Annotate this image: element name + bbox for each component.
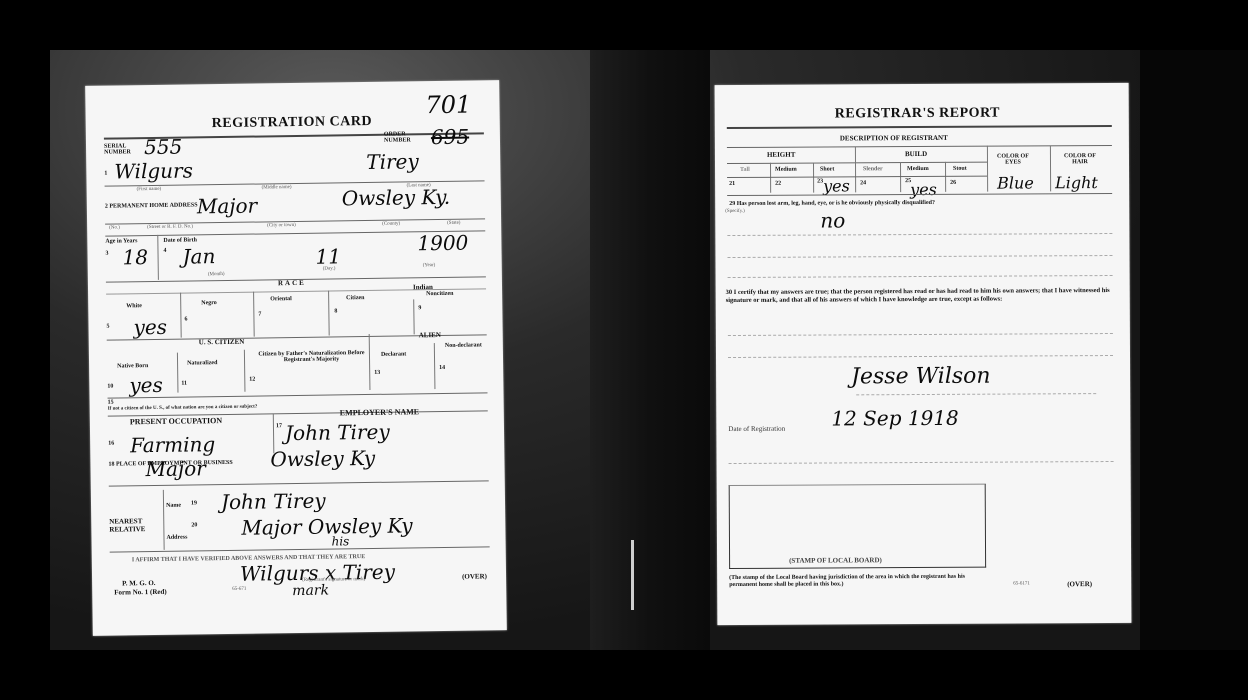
last-name-value: Tirey: [366, 149, 419, 174]
field-number: 6: [184, 317, 187, 323]
relative-name-label: Name: [166, 503, 181, 509]
first-name-value: Wilgurs: [114, 158, 193, 183]
addr-street-caption: (Street or R. F. D. No.): [147, 224, 193, 230]
registration-card: REGISTRATION CARD 701 SERIAL NUMBER 555 …: [85, 80, 507, 636]
specify-caption: (Specify.): [725, 209, 745, 214]
order-number-value: 701: [425, 91, 471, 120]
field-number: 3: [105, 251, 108, 257]
race-header: RACE: [278, 279, 306, 287]
page-spine: [590, 50, 710, 650]
field-number: 4: [163, 248, 166, 254]
us-citizen-header: U. S. CITIZEN: [199, 338, 245, 347]
home-street-value: Major: [197, 194, 258, 219]
field-number: 19: [191, 500, 197, 506]
race-col-white: White: [126, 303, 142, 309]
dob-month-value: Jan: [182, 244, 215, 268]
date-of-registration-value: 12 Sep 1918: [831, 406, 959, 431]
form-number: Form No. 1 (Red): [114, 588, 167, 597]
order-number-crossed: 695: [431, 125, 470, 150]
nearest-relative-label: NEAREST RELATIVE: [109, 517, 159, 534]
card-title: REGISTRAR'S REPORT: [835, 106, 1000, 123]
month-caption: (Month): [208, 272, 225, 277]
field-29-question: 29 Has person lost arm, leg, hand, eye, …: [729, 199, 1119, 207]
eye-color-header: COLOR OF EYES: [993, 153, 1033, 165]
order-number-label: ORDER NUMBER: [384, 131, 424, 144]
day-caption: (Day.): [323, 266, 336, 271]
field-number: 16: [108, 441, 114, 447]
alien-col-declarant: Declarant: [381, 351, 406, 357]
relative-name-value: John Tirey: [221, 489, 326, 514]
field-30-certification: 30 I certify that my answers are true; t…: [726, 287, 1118, 305]
age-label: Age in Years: [105, 238, 137, 244]
field-number: 5: [107, 324, 110, 330]
occupation-value: Farming: [130, 432, 215, 457]
film-edge: [1140, 50, 1248, 650]
height-col-short: Short: [820, 166, 834, 172]
hair-color-header: COLOR OF HAIR: [1060, 153, 1100, 165]
field-number: 9: [418, 305, 421, 311]
race-white-value: yes: [133, 315, 167, 339]
home-address-label: 2 PERMANENT HOME ADDRESS: [105, 202, 198, 209]
form-code: 65-671: [232, 587, 246, 592]
race-col-indian-citizen: Citizen: [346, 295, 364, 301]
field-number: 12: [249, 377, 255, 383]
eye-color-value: Blue: [997, 173, 1034, 192]
field-number: 7: [258, 311, 261, 317]
field-number: 1: [104, 171, 107, 177]
field-number: 17: [276, 423, 282, 429]
dob-day-value: 11: [315, 244, 341, 268]
over-label: (OVER): [462, 572, 487, 580]
occupation-header: PRESENT OCCUPATION: [130, 416, 222, 426]
description-header: DESCRIPTION OF REGISTRANT: [840, 134, 948, 143]
over-label: (OVER): [1067, 580, 1092, 588]
addr-county-caption: (County): [382, 222, 400, 227]
native-born-value: yes: [129, 373, 163, 397]
registrar-signature: Jesse Wilson: [851, 364, 991, 390]
field-29-value: no: [820, 208, 845, 232]
field-number: 24: [860, 180, 866, 186]
employer-header: EMPLOYER'S NAME: [340, 407, 419, 417]
field-number: 15: [108, 400, 114, 406]
alien-col-non-declarant: Non-declarant: [441, 342, 486, 349]
alien-header: ALIEN: [419, 331, 441, 339]
employer-value: John Tirey: [285, 420, 390, 445]
card-title: REGISTRATION CARD: [212, 114, 373, 132]
employment-street-value: Major: [145, 456, 206, 481]
year-caption: (Year): [423, 263, 436, 268]
signature-his: his: [331, 534, 349, 548]
field-number: 14: [439, 365, 445, 371]
citizen-col-native-born: Native Born: [117, 363, 148, 369]
build-medium-value: yes: [910, 180, 937, 199]
build-header: BUILD: [905, 150, 927, 158]
serial-number-value: 555: [144, 135, 183, 160]
race-col-negro: Negro: [201, 300, 217, 306]
addr-city-caption: (City or town): [267, 223, 296, 228]
first-name-caption: (First name): [137, 187, 162, 192]
employment-city-county-value: Owsley Ky: [270, 446, 375, 471]
height-col-medium: Medium: [775, 167, 797, 173]
age-value: 18: [122, 245, 148, 269]
addr-state-caption: (State): [447, 221, 460, 226]
nationality-label: If not a citizen of the U. S., of what n…: [108, 405, 258, 412]
signature-mark: mark: [292, 583, 329, 600]
height-header: HEIGHT: [767, 151, 795, 159]
height-col-tall: Tall: [740, 167, 750, 173]
relative-address-label: Address: [166, 535, 187, 541]
dob-year-value: 1900: [417, 231, 468, 256]
field-number: 26: [950, 180, 956, 186]
signature-caption: (Registrant's signature or mark): [302, 577, 365, 583]
citizen-col-naturalized: Naturalized: [187, 360, 217, 366]
field-number: 10: [107, 384, 113, 390]
field-number: 22: [775, 181, 781, 187]
field-number: 8: [334, 308, 337, 314]
stamp-caption: (STAMP OF LOCAL BOARD): [789, 556, 882, 564]
build-col-slender: Slender: [863, 166, 883, 172]
field-number: 13: [374, 370, 380, 376]
field-number: 20: [191, 522, 197, 528]
form-code: 65-6171: [1013, 581, 1030, 586]
race-col-oriental: Oriental: [270, 296, 292, 302]
registrars-report-card: REGISTRAR'S REPORT DESCRIPTION OF REGIST…: [715, 83, 1132, 625]
hair-color-value: Light: [1055, 173, 1098, 192]
build-col-medium: Medium: [907, 166, 929, 172]
build-col-stout: Stout: [953, 166, 967, 172]
relative-address-value: Major Owsley Ky: [241, 513, 413, 539]
date-of-registration-label: Date of Registration: [728, 425, 785, 433]
field-number: 11: [181, 381, 187, 387]
addr-no-caption: (No.): [109, 225, 120, 230]
citizen-col-by-father: Citizen by Father's Naturalization Befor…: [254, 350, 369, 364]
middle-name-caption: (Middle name): [262, 185, 292, 190]
form-agency: P. M. G. O.: [122, 579, 155, 587]
dob-label: Date of Birth: [163, 237, 197, 243]
field-number: 21: [729, 181, 735, 187]
serial-number-label: SERIAL NUMBER: [104, 143, 138, 155]
race-col-indian-noncitizen: Noncitizen: [426, 291, 453, 297]
stamp-note: (The stamp of the Local Board having jur…: [729, 574, 989, 589]
height-short-value: yes: [823, 176, 850, 195]
home-city-county-value: Owsley Ky.: [342, 185, 451, 211]
film-scratch: [631, 540, 634, 610]
